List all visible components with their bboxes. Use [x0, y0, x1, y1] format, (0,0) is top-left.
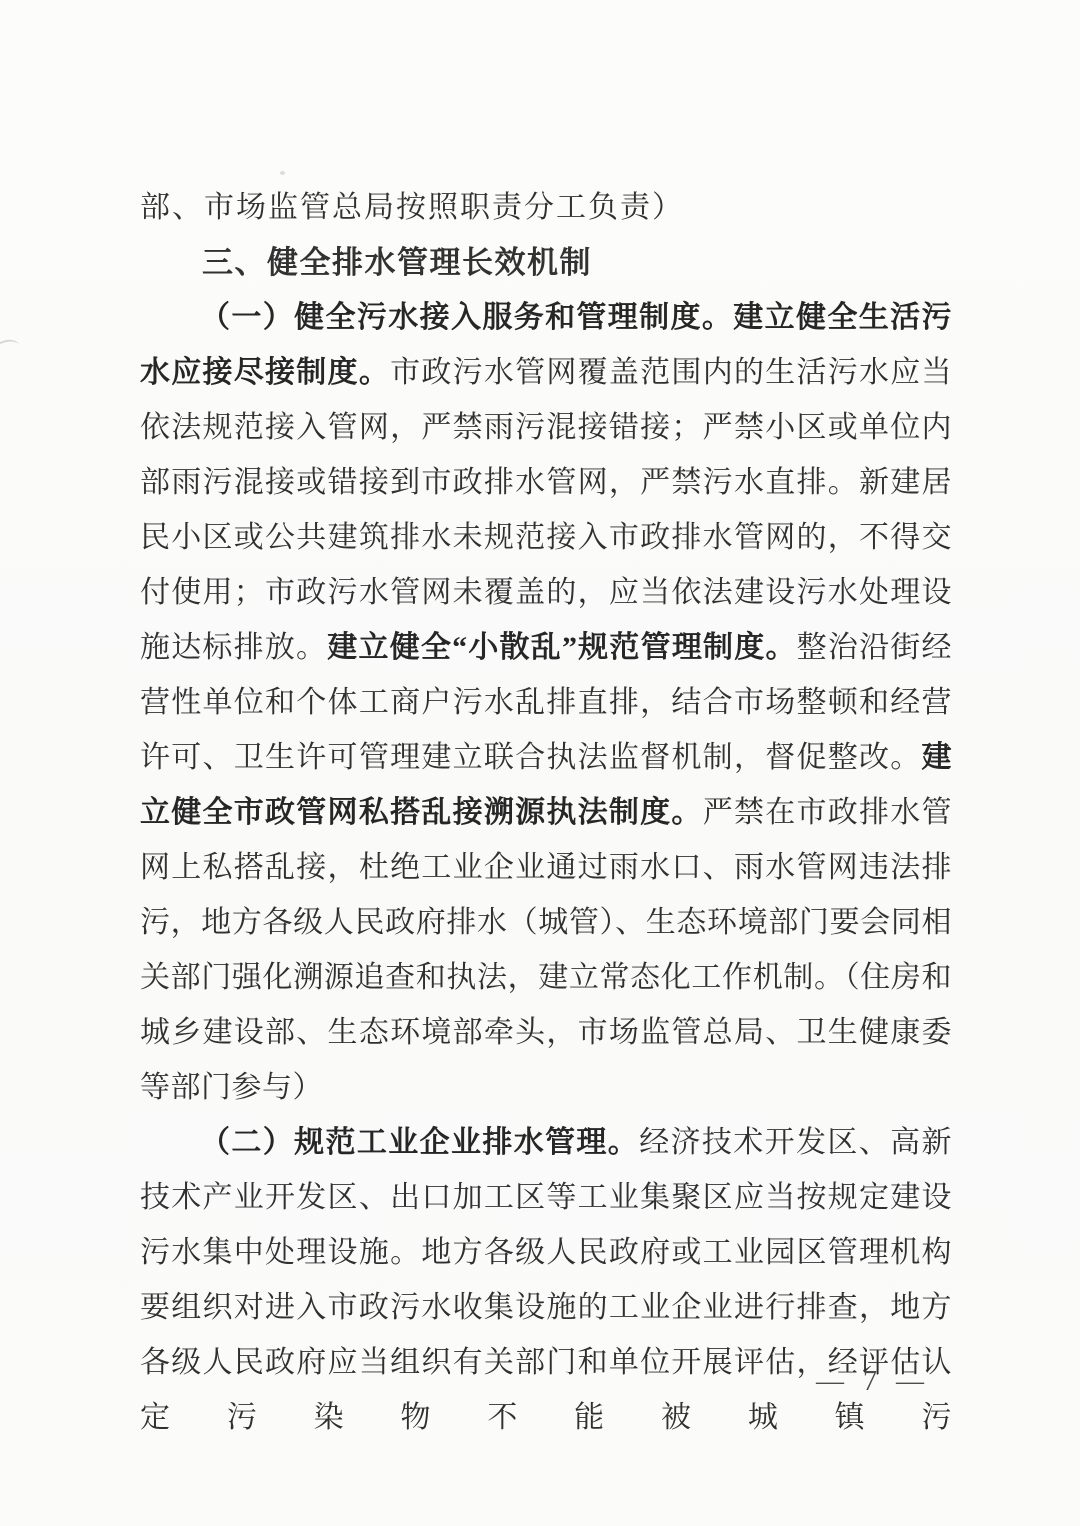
scan-artifact-mark [0, 337, 22, 361]
bold-text-segment: 建立健全“小散乱”规范管理制度。 [327, 631, 796, 664]
text-segment: 严禁在市政排水管网上私搭乱接，杜绝工业企业通过雨水口、雨水管网违法排污，地方各级… [140, 796, 952, 1104]
paragraph-continuation-line: 部、市场监管总局按照职责分工负责） [140, 180, 952, 235]
scan-artifact-dot [280, 171, 285, 175]
paragraph-item-1: （一）健全污水接入服务和管理制度。建立健全生活污水应接尽接制度。市政污水管网覆盖… [140, 290, 952, 1115]
bold-text-segment: （二）规范工业企业排水管理。 [200, 1126, 639, 1159]
page-number: — 7 — [0, 1362, 1080, 1402]
section-heading: 三、健全排水管理长效机制 [140, 235, 952, 290]
text-segment: 市政污水管网覆盖范围内的生活污水应当依法规范接入管网，严禁雨污混接错接；严禁小区… [140, 356, 952, 664]
scanned-document-page: 部、市场监管总局按照职责分工负责） 三、健全排水管理长效机制 （一）健全污水接入… [0, 0, 1080, 1526]
document-text-block: 部、市场监管总局按照职责分工负责） 三、健全排水管理长效机制 （一）健全污水接入… [140, 180, 952, 1445]
bold-text-segment: （一）健全污水接入服务和管理制度。 [200, 301, 733, 334]
